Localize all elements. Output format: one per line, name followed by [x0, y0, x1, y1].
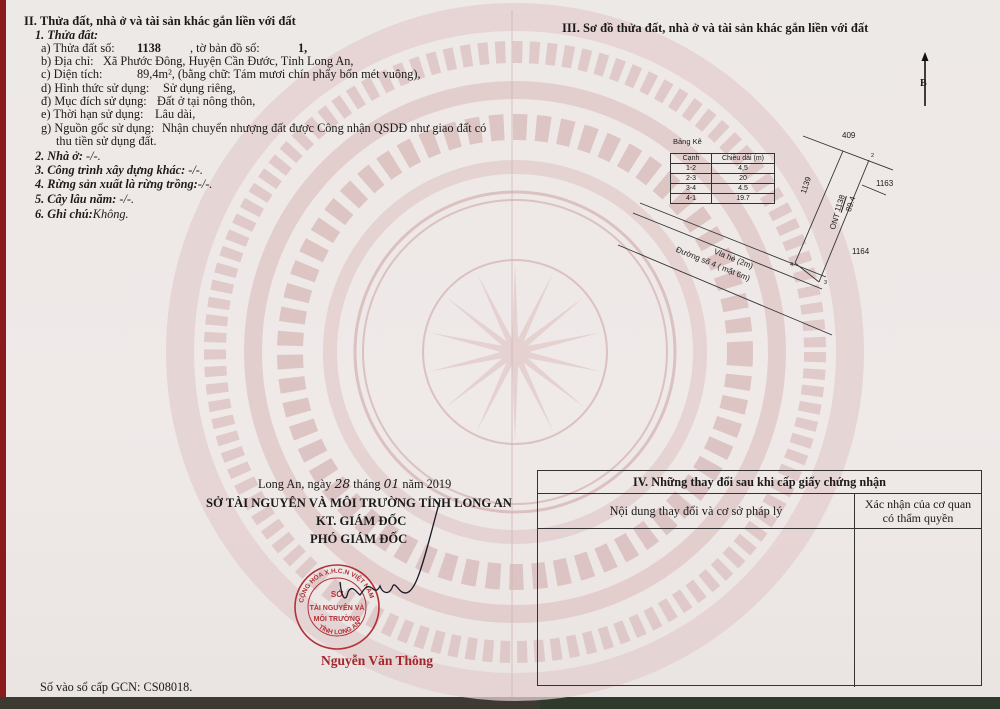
registry-number: CS08018. [144, 680, 193, 694]
neighbor-right-top-label: 1163 [876, 179, 893, 188]
date-year: năm 2019 [402, 477, 451, 491]
col-header-confirmation: Xác nhận của cơ quan có thẩm quyền [855, 494, 981, 528]
month-label: tháng [353, 477, 380, 491]
date-day: 28 [335, 477, 351, 491]
vertex-3: 3 [824, 280, 827, 286]
changes-table-title: IV. Những thay đổi sau khi cấp giấy chứn… [538, 471, 981, 494]
neighbor-right-label: 1164 [852, 247, 869, 256]
vertex-2: 2 [871, 153, 874, 159]
col-header-confirmation-line2: có thẩm quyền [855, 511, 981, 525]
signer-name: Nguyễn Văn Thông [321, 653, 433, 669]
svg-text:MÔI TRƯỜNG: MÔI TRƯỜNG [314, 614, 361, 623]
change-content-cell [538, 529, 855, 687]
registry-line: Số vào sổ cấp GCN: CS08018. [40, 680, 192, 694]
date-month: 01 [384, 477, 400, 491]
signature-icon [330, 500, 470, 615]
date-prefix: Long An, ngày [258, 477, 331, 491]
registry-label: Số vào sổ cấp GCN: [40, 680, 140, 694]
col-header-content: Nội dung thay đổi và cơ sở pháp lý [538, 494, 855, 528]
changes-table: IV. Những thay đổi sau khi cấp giấy chứn… [537, 470, 982, 686]
col-header-confirmation-line1: Xác nhận của cơ quan [855, 497, 981, 511]
neighbor-top-label: 409 [842, 131, 855, 140]
date-line: Long An, ngày 28 tháng 01 năm 2019 [258, 477, 451, 491]
vertex-4: 4 [790, 262, 793, 268]
